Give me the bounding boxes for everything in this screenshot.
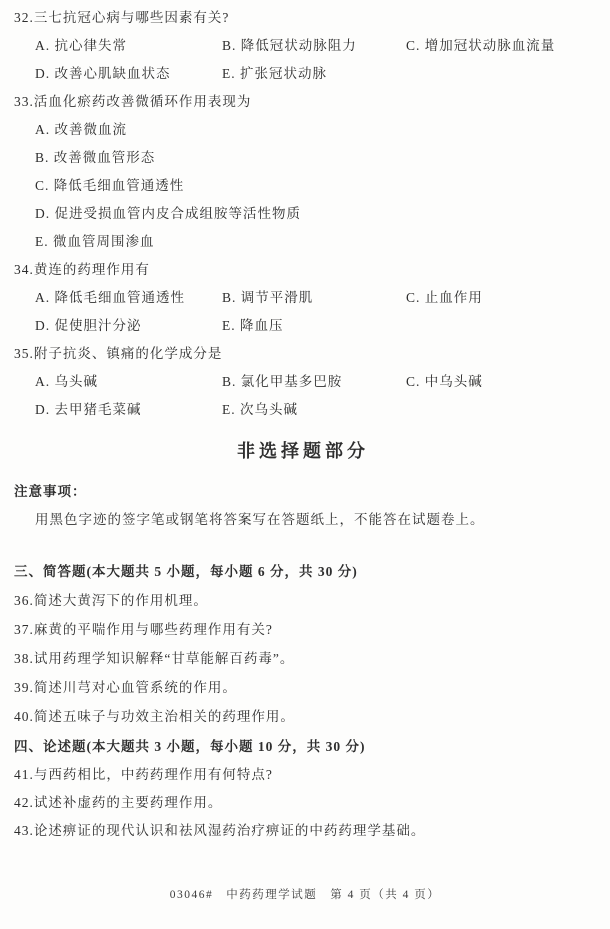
option-e: E. 微血管周围渗血 <box>35 228 592 256</box>
option-d: D. 改善心肌缺血状态 <box>35 60 222 88</box>
question-32-option-row-1: A. 抗心律失常 B. 降低冠状动脉阻力 C. 增加冠状动脉血流量 <box>35 32 592 60</box>
option-b: B. 氯化甲基多巴胺 <box>222 368 406 396</box>
option-d: D. 促进受损血管内皮合成组胺等活性物质 <box>35 200 592 228</box>
question-32-stem: 32.三七抗冠心病与哪些因素有关? <box>14 4 592 32</box>
option-c: C. 止血作用 <box>406 284 592 312</box>
question-33: 33.活血化瘀药改善微循环作用表现为 A. 改善微血流 B. 改善微血管形态 C… <box>14 88 592 256</box>
exam-page: 32.三七抗冠心病与哪些因素有关? A. 抗心律失常 B. 降低冠状动脉阻力 C… <box>0 0 610 929</box>
option-e: E. 次乌头碱 <box>222 396 406 424</box>
question-42: 42.试述补虚药的主要药理作用。 <box>14 789 592 817</box>
option-e: E. 降血压 <box>222 312 406 340</box>
option-c: C. 降低毛细血管通透性 <box>35 172 592 200</box>
option-c: C. 增加冠状动脉血流量 <box>406 32 592 60</box>
part3-heading: 三、简答题(本大题共 5 小题，每小题 6 分，共 30 分) <box>14 558 592 586</box>
option-b: B. 降低冠状动脉阻力 <box>222 32 406 60</box>
question-35-stem: 35.附子抗炎、镇痛的化学成分是 <box>14 340 592 368</box>
question-35: 35.附子抗炎、镇痛的化学成分是 A. 乌头碱 B. 氯化甲基多巴胺 C. 中乌… <box>14 340 592 424</box>
question-43: 43.论述痹证的现代认识和祛风湿药治疗痹证的中药药理学基础。 <box>14 817 592 845</box>
option-a: A. 改善微血流 <box>35 116 592 144</box>
question-39: 39.简述川芎对心血管系统的作用。 <box>14 673 592 702</box>
question-34-option-row-1: A. 降低毛细血管通透性 B. 调节平滑肌 C. 止血作用 <box>35 284 592 312</box>
question-38: 38.试用药理学知识解释“甘草能解百药毒”。 <box>14 644 592 673</box>
question-32: 32.三七抗冠心病与哪些因素有关? A. 抗心律失常 B. 降低冠状动脉阻力 C… <box>14 4 592 88</box>
question-37: 37.麻黄的平喘作用与哪些药理作用有关? <box>14 615 592 644</box>
option-a: A. 降低毛细血管通透性 <box>35 284 222 312</box>
notice-body: 用黑色字迹的签字笔或钢笔将答案写在答题纸上，不能答在试题卷上。 <box>35 506 592 534</box>
option-b: B. 改善微血管形态 <box>35 144 592 172</box>
option-d: D. 促使胆汁分泌 <box>35 312 222 340</box>
part4-heading: 四、论述题(本大题共 3 小题，每小题 10 分，共 30 分) <box>14 733 592 761</box>
option-e: E. 扩张冠状动脉 <box>222 60 406 88</box>
question-34: 34.黄连的药理作用有 A. 降低毛细血管通透性 B. 调节平滑肌 C. 止血作… <box>14 256 592 340</box>
option-d: D. 去甲猪毛菜碱 <box>35 396 222 424</box>
option-a: A. 抗心律失常 <box>35 32 222 60</box>
question-32-option-row-2: D. 改善心肌缺血状态 E. 扩张冠状动脉 <box>35 60 592 88</box>
question-34-option-row-2: D. 促使胆汁分泌 E. 降血压 <box>35 312 592 340</box>
page-footer: 03046# 中药药理学试题 第 4 页（共 4 页） <box>0 886 610 902</box>
question-36: 36.简述大黄泻下的作用机理。 <box>14 586 592 615</box>
question-33-stem: 33.活血化瘀药改善微循环作用表现为 <box>14 88 592 116</box>
option-a: A. 乌头碱 <box>35 368 222 396</box>
question-34-stem: 34.黄连的药理作用有 <box>14 256 592 284</box>
question-35-option-row-1: A. 乌头碱 B. 氯化甲基多巴胺 C. 中乌头碱 <box>35 368 592 396</box>
option-c: C. 中乌头碱 <box>406 368 592 396</box>
option-b: B. 调节平滑肌 <box>222 284 406 312</box>
question-35-option-row-2: D. 去甲猪毛菜碱 E. 次乌头碱 <box>35 396 592 424</box>
question-41: 41.与西药相比，中药药理作用有何特点? <box>14 761 592 789</box>
section-title: 非选择题部分 <box>14 434 592 468</box>
question-40: 40.简述五味子与功效主治相关的药理作用。 <box>14 702 592 731</box>
notice-heading: 注意事项： <box>14 478 592 506</box>
